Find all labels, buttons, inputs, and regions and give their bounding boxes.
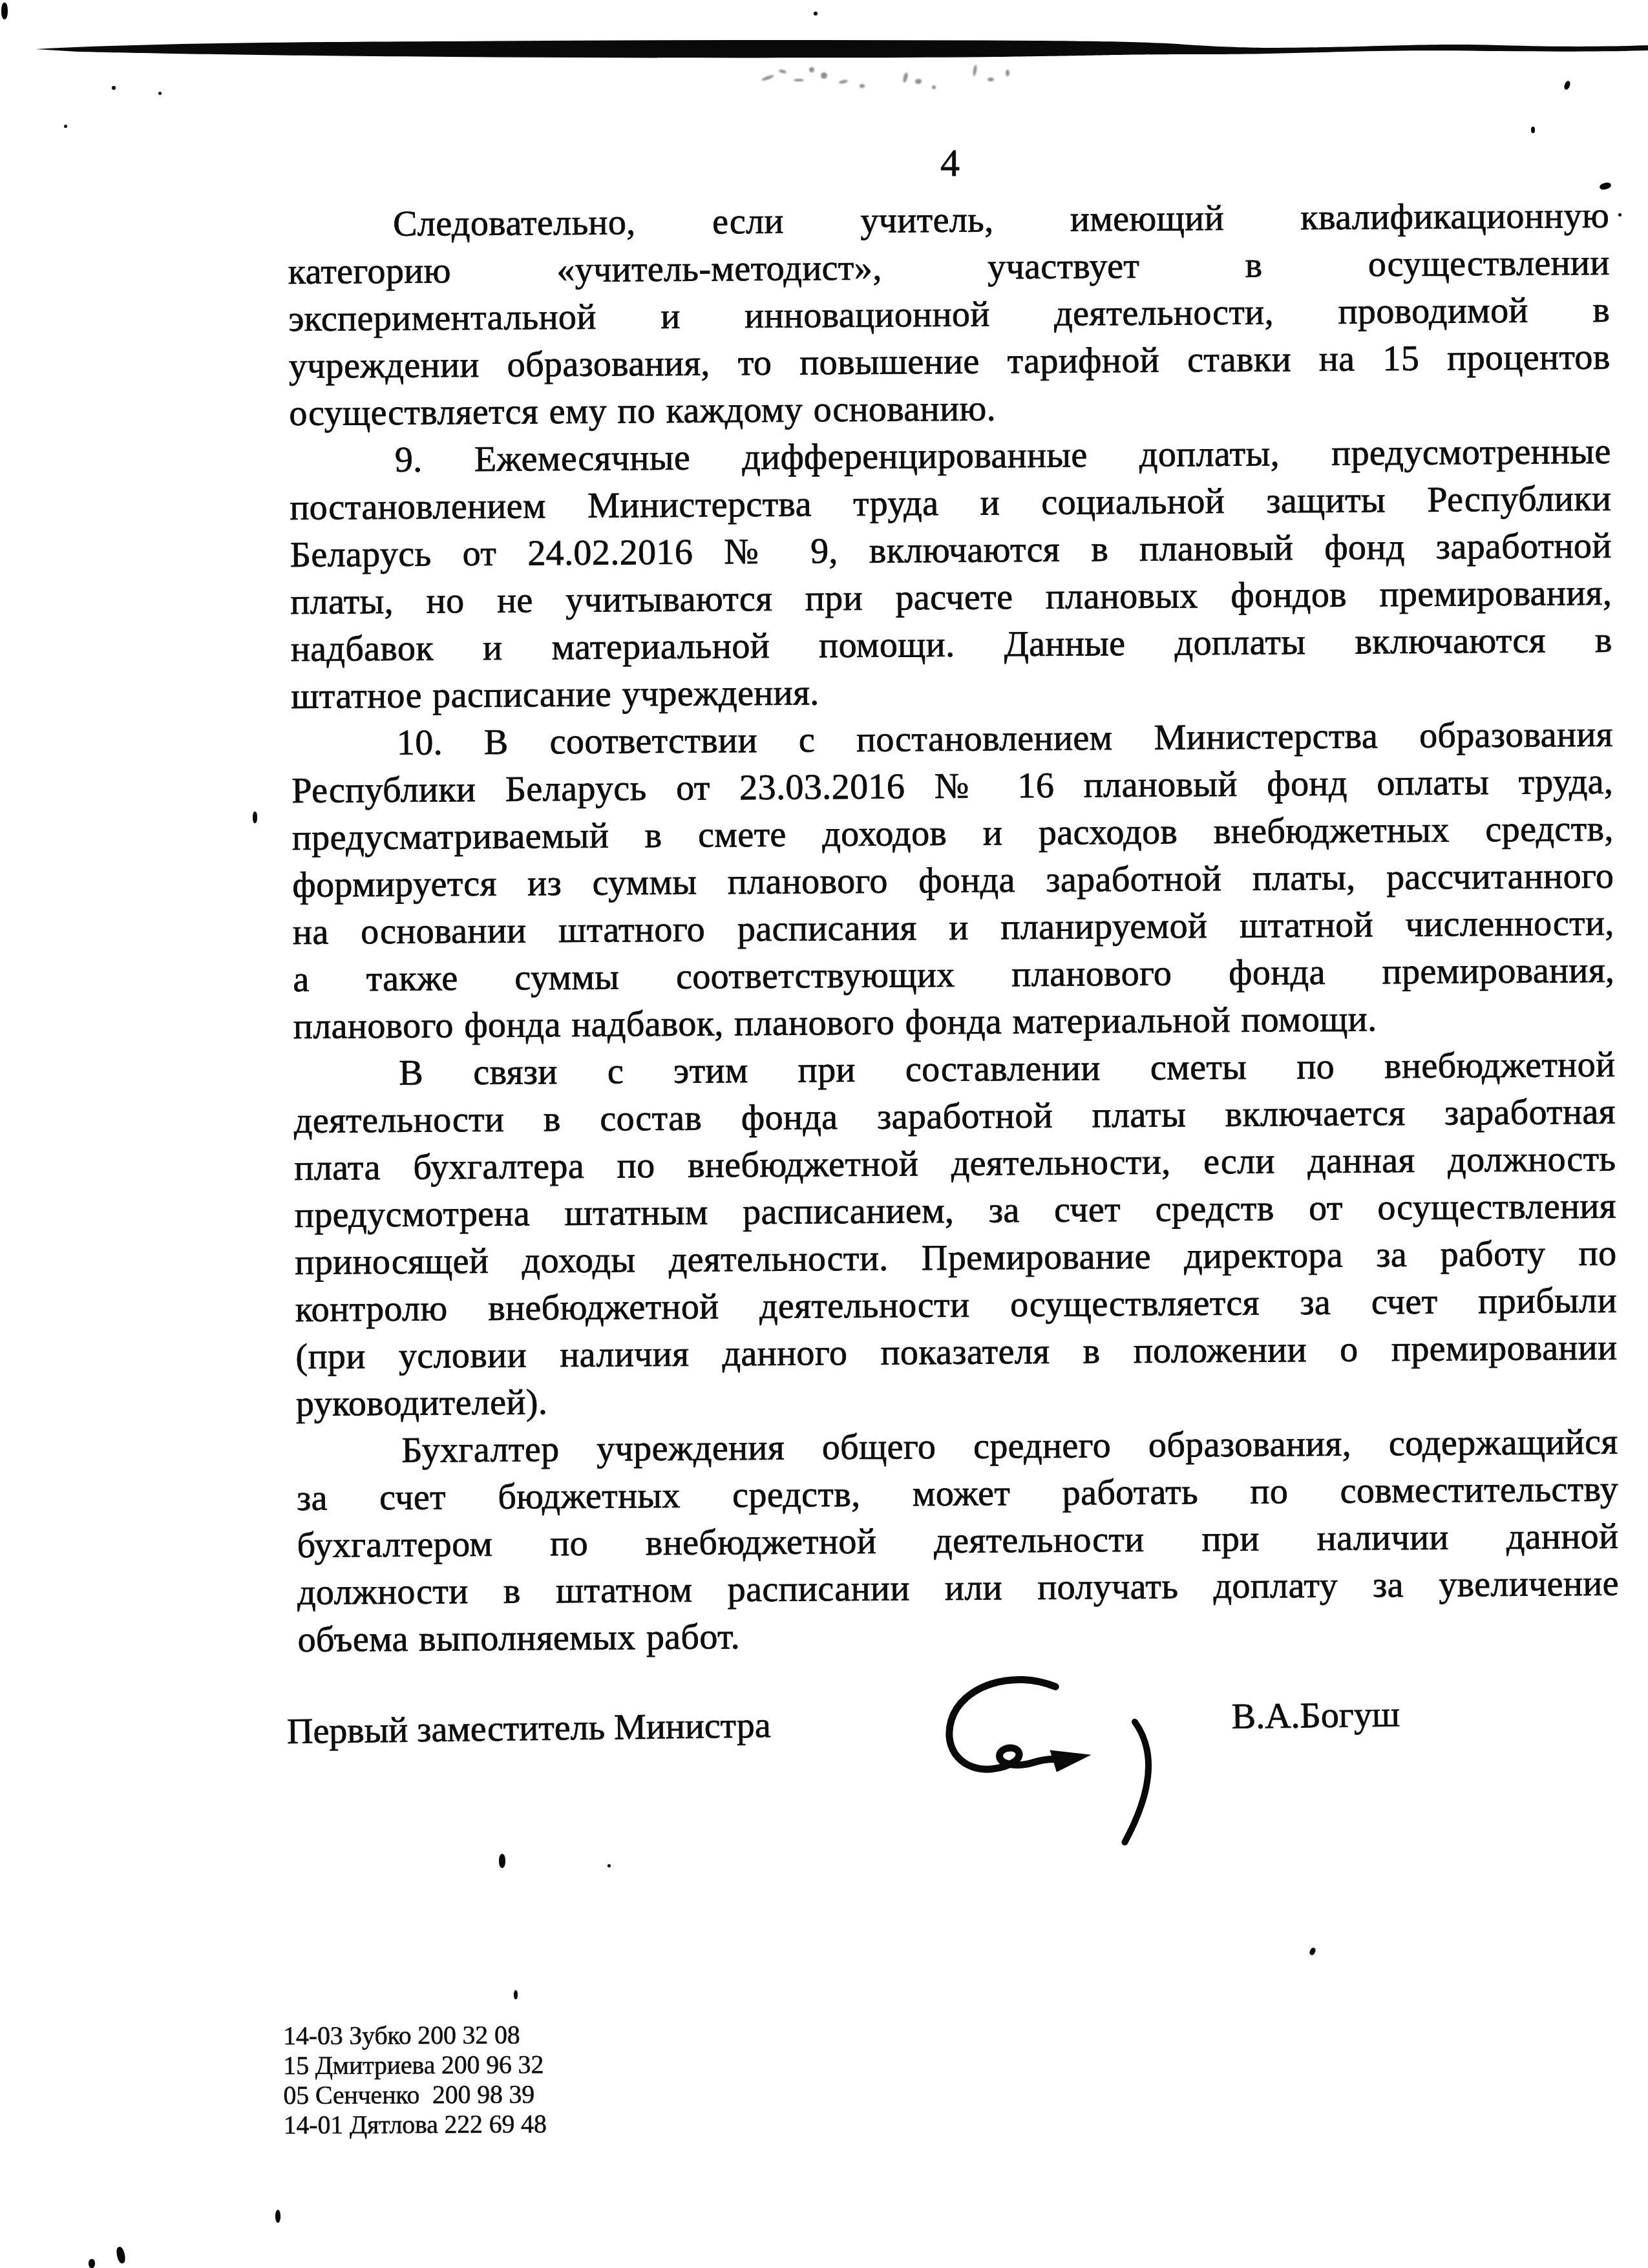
footer-contact-line: 15 Дмитриева 200 96 32 [283,2050,546,2081]
signer-title: Первый заместитель Министра [287,1705,771,1752]
footer-contacts: 14-03 Зубко 200 32 08 15 Дмитриева 200 9… [283,2020,547,2140]
text-line: а также суммы соответствующих планового … [293,947,1614,1003]
text-line: должности в штатном расписании или получ… [297,1560,1619,1617]
paragraph: 10. В соответствии с постановлением Мини… [291,711,1616,1051]
scan-artifact-band [0,0,1648,103]
signature-row: Первый заместитель Министра В.А.Богуш [286,1664,1452,1880]
text-line: учреждении образования, то повышение тар… [289,334,1611,390]
footer-contact-line: 14-03 Зубко 200 32 08 [283,2020,546,2051]
page-number: 4 [905,143,995,182]
text-line: (при условии наличия данного показателя … [295,1325,1617,1381]
document-body: Следовательно, если учитель, имеющий ква… [288,193,1620,1664]
scanned-document-page: 4 Следовательно, если учитель, имеющий к… [0,0,1648,2268]
paragraph: Бухгалтер учреждения общего среднего обр… [296,1419,1619,1664]
footer-contact-line: 14-01 Дятлова 222 69 48 [284,2109,547,2140]
text-line: объема выполняемых работ. [297,1608,1619,1664]
paragraph: Следовательно, если учитель, имеющий ква… [288,193,1611,437]
signer-name: В.А.Богуш [1231,1694,1400,1737]
footer-contact-line: 05 Сенченко 200 98 39 [283,2079,546,2110]
signature-mark [900,1658,1174,1855]
paragraph: 9. Ежемесячные дифференцированные доплат… [290,428,1613,720]
text-line: надбавок и материальной помощи. Данные д… [291,617,1612,673]
paragraph: В связи с этим при составлении сметы по … [293,1042,1618,1428]
